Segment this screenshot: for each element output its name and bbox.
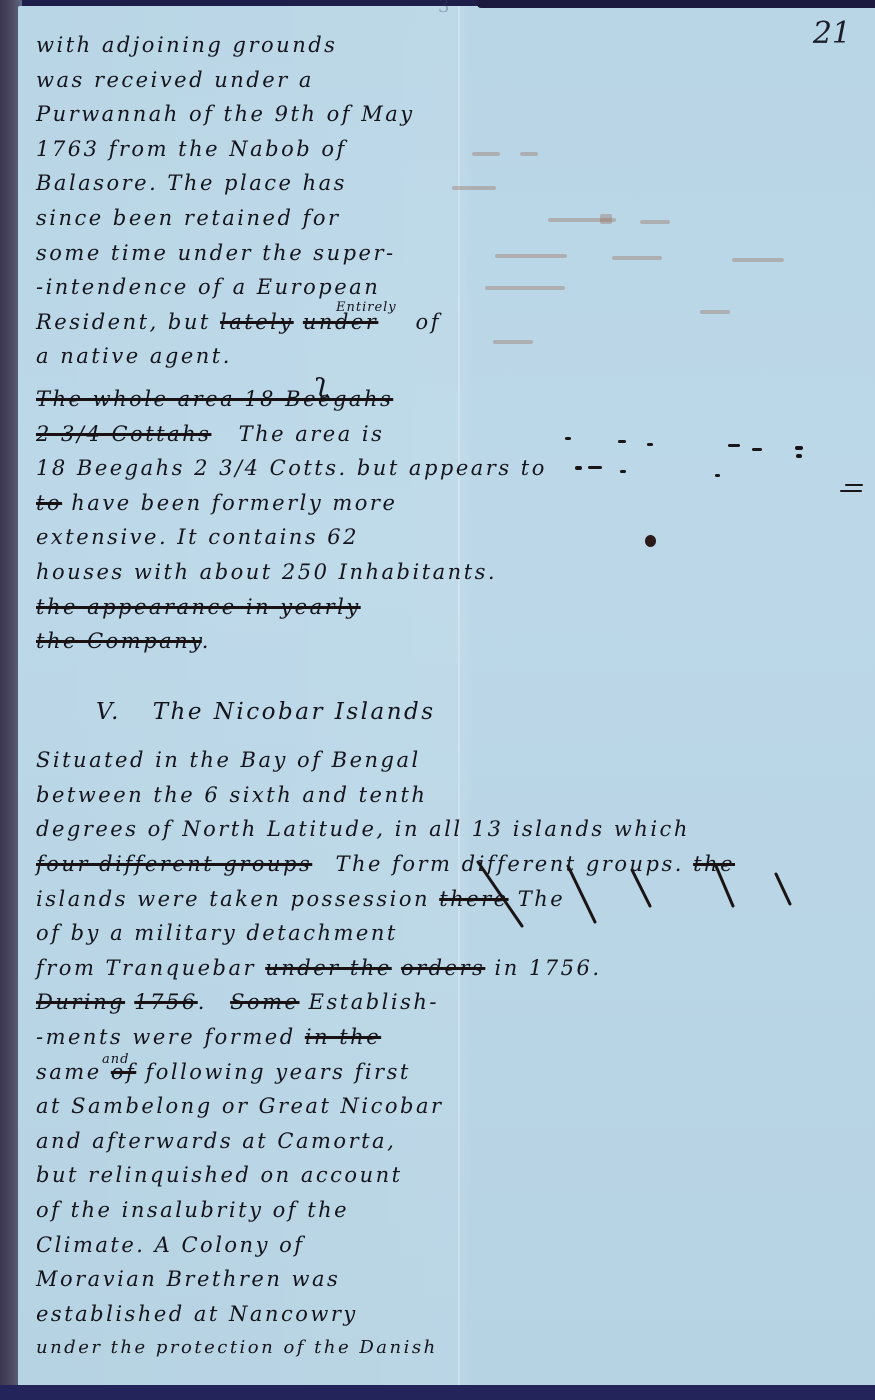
text-line: Balasore. The place has — [36, 166, 556, 201]
deleted-word: there — [439, 887, 508, 911]
paragraph-1: with adjoining grounds was received unde… — [36, 28, 556, 374]
section-numeral: V. — [96, 699, 121, 725]
text-fragment: of — [416, 310, 441, 334]
deleted-phrase: the Company — [36, 629, 202, 653]
text-fragment: from Tranquebar — [36, 956, 256, 980]
text-fragment: The form different groups. — [335, 852, 683, 876]
text-line: some time under the super- — [36, 236, 556, 271]
text-line: Situated in the Bay of Bengal — [36, 743, 556, 778]
text-line: and afterwards at Camorta, — [36, 1124, 556, 1159]
text-line: 18 Beegahs 2 3/4 Cotts. but appears to — [36, 451, 556, 486]
text-fragment: following years first — [145, 1060, 410, 1084]
text-fragment: islands were taken possession — [36, 887, 430, 911]
deleted-phrase: four different groups — [36, 852, 312, 876]
text-line: degrees of North Latitude, in all 13 isl… — [36, 812, 856, 847]
text-line: Moravian Brethren was — [36, 1262, 556, 1297]
text-line: since been retained for — [36, 201, 556, 236]
text-line: the appearance in yearly — [36, 590, 556, 625]
text-line: -intendence of a European — [36, 270, 556, 305]
deleted-word: to — [36, 491, 62, 515]
text-line: established at Nancowry — [36, 1297, 556, 1332]
inserted-word: and — [102, 1043, 129, 1078]
page-number: 21 — [813, 16, 851, 51]
section-heading: V. The Nicobar Islands — [36, 695, 556, 730]
ink-blot — [645, 535, 656, 547]
text-line: but relinquished on account — [36, 1158, 556, 1193]
text-line: same and of following years first — [36, 1055, 556, 1090]
section-title: The Nicobar Islands — [153, 699, 436, 725]
deleted-word: 1756 — [134, 990, 197, 1014]
deleted-word: in the — [305, 1025, 381, 1049]
text-line: four different groups The form different… — [36, 847, 856, 882]
deleted-phrase: the appearance in yearly — [36, 595, 361, 619]
deleted-word: the — [693, 852, 735, 876]
text-line: with adjoining grounds — [36, 28, 556, 63]
text-line: 2 3/4 Cottahs The area is — [36, 417, 556, 452]
deleted-word: under the — [265, 956, 392, 980]
text-line: of the insalubrity of the — [36, 1193, 556, 1228]
text-fragment: The area is — [239, 422, 385, 446]
deleted-word: orders — [401, 956, 485, 980]
text-line: Purwannah of the 9th of May — [36, 97, 556, 132]
deleted-word: lately — [220, 310, 294, 334]
bottom-dark-band — [0, 1385, 875, 1400]
text-line: between the 6 sixth and tenth — [36, 778, 556, 813]
text-line: under the protection of the Danish — [36, 1331, 556, 1366]
manuscript-photo: 3 21 ʅ with adjoining ground — [0, 0, 875, 1400]
paragraph-2: The whole area 18 Beegahs 2 3/4 Cottahs … — [36, 382, 556, 659]
text-line: a native agent. — [36, 339, 556, 374]
text-line: extensive. It contains 62 — [36, 520, 556, 555]
deleted-phrase: 2 3/4 Cottahs — [36, 422, 211, 446]
text-line: islands were taken possession there The — [36, 882, 856, 917]
deleted-word: During — [36, 990, 125, 1014]
text-line: was received under a — [36, 63, 556, 98]
paragraph-3: Situated in the Bay of Bengal between th… — [36, 743, 556, 1366]
text-line: at Sambelong or Great Nicobar — [36, 1089, 556, 1124]
deleted-word: Some — [230, 990, 299, 1014]
text-line: of by a military detachment — [36, 916, 556, 951]
text-line: 1763 from the Nabob of — [36, 132, 556, 167]
text-fragment: have been formerly more — [71, 491, 397, 515]
text-line: the Company. — [36, 624, 556, 659]
manuscript-text: with adjoining grounds was received unde… — [36, 28, 556, 1366]
text-line: houses with about 250 Inhabitants. — [36, 555, 556, 590]
text-fragment: Establish- — [309, 990, 439, 1014]
pencil-mark: 3 — [438, 0, 449, 17]
text-fragment: in 1756. — [495, 956, 602, 980]
text-fragment: same — [36, 1060, 102, 1084]
text-line: to have been formerly more — [36, 486, 556, 521]
text-fragment: Resident, but — [36, 310, 211, 334]
text-line: Resident, but lately under Entirely of — [36, 305, 556, 340]
text-fragment: The — [518, 887, 565, 911]
deleted-phrase: The whole area 18 Beegahs — [36, 387, 393, 411]
text-line: Climate. A Colony of — [36, 1228, 556, 1263]
text-fragment: -ments were formed — [36, 1025, 296, 1049]
text-line: During 1756. Some Establish- — [36, 985, 556, 1020]
text-line: from Tranquebar under the orders in 1756… — [36, 951, 556, 986]
top-dark-band — [477, 0, 875, 8]
inserted-word: Entirely — [336, 291, 397, 326]
text-line: The whole area 18 Beegahs — [36, 382, 556, 417]
